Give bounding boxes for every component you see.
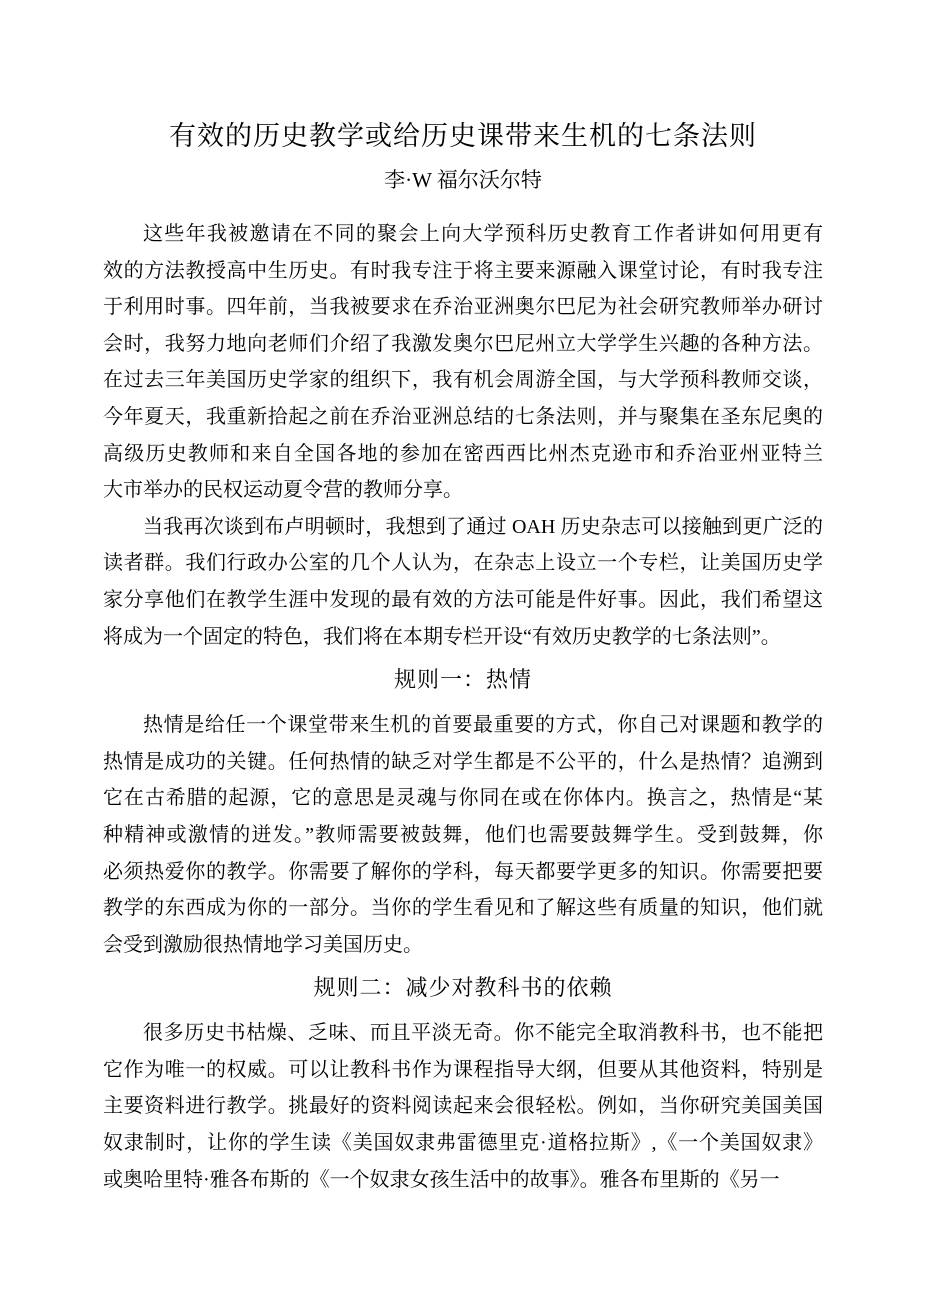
paragraph-line: 读者群。我们行政办公室的几个人认为，在杂志上设立一个专栏，让美国历史学 (103, 545, 823, 582)
paragraph-line: 在过去三年美国历史学家的组织下，我有机会周游全国，与大学预科教师交谈， (103, 362, 823, 399)
paragraph-line: 大市举办的民权运动夏令营的教师分享。 (103, 472, 823, 509)
document-title: 有效的历史教学或给历史课带来生机的七条法则 (103, 116, 823, 156)
paragraph-line: 会时，我努力地向老师们介绍了我激发奥尔巴尼州立大学学生兴趣的各种方法。 (103, 326, 823, 363)
document-body: 这些年我被邀请在不同的聚会上向大学预科历史教育工作者讲如何用更有效的方法教授高中… (103, 216, 823, 1198)
paragraph-line: 很多历史书枯燥、乏味、而且平淡无奇。你不能完全取消教科书，也不能把 (103, 1015, 823, 1052)
paragraph-line: 种精神或激情的迸发。”教师需要被鼓舞，他们也需要鼓舞学生。受到鼓舞，你 (103, 817, 823, 854)
paragraph-line: 将成为一个固定的特色，我们将在本期专栏开设“有效历史教学的七条法则”。 (103, 619, 823, 656)
paragraph-line: 今年夏天，我重新拾起之前在乔治亚洲总结的七条法则，并与聚集在圣东尼奥的 (103, 399, 823, 436)
intro-paragraph-1: 这些年我被邀请在不同的聚会上向大学预科历史教育工作者讲如何用更有效的方法教授高中… (103, 216, 823, 509)
paragraph-line: 热情是成功的关键。任何热情的缺乏对学生都是不公平的，什么是热情？追溯到 (103, 744, 823, 781)
document-page: 有效的历史教学或给历史课带来生机的七条法则 李·W 福尔沃尔特 这些年我被邀请在… (103, 0, 823, 1198)
paragraph-line: 它作为唯一的权威。可以让教科书作为课程指导大纲，但要从其他资料，特别是 (103, 1052, 823, 1089)
paragraph-line: 或奥哈里特·雅各布斯的《一个奴隶女孩生活中的故事》。雅各布里斯的《另一 (103, 1162, 823, 1199)
paragraph-line: 高级历史教师和来自全国各地的参加在密西西比州杰克逊市和乔治亚州亚特兰 (103, 436, 823, 473)
paragraph-line: 于利用时事。四年前，当我被要求在乔治亚洲奥尔巴尼为社会研究教师举办研讨 (103, 289, 823, 326)
section-heading-rule-2: 规则二：减少对教科书的依赖 (103, 969, 823, 1007)
paragraph-line: 会受到激励很热情地学习美国历史。 (103, 927, 823, 964)
paragraph-line: 热情是给任一个课堂带来生机的首要最重要的方式，你自己对课题和教学的 (103, 707, 823, 744)
paragraph-line: 奴隶制时，让你的学生读《美国奴隶弗雷德里克·道格拉斯》,《一个美国奴隶》 (103, 1125, 823, 1162)
paragraph-line: 教学的东西成为你的一部分。当你的学生看见和了解这些有质量的知识，他们就 (103, 890, 823, 927)
paragraph-line: 主要资料进行教学。挑最好的资料阅读起来会很轻松。例如，当你研究美国美国 (103, 1088, 823, 1125)
paragraph-line: 当我再次谈到布卢明顿时，我想到了通过 OAH 历史杂志可以接触到更广泛的 (103, 509, 823, 546)
paragraph-line: 这些年我被邀请在不同的聚会上向大学预科历史教育工作者讲如何用更有 (103, 216, 823, 253)
document-author: 李·W 福尔沃尔特 (103, 164, 823, 196)
paragraph-line: 必须热爱你的教学。你需要了解你的学科，每天都要学更多的知识。你需要把要 (103, 854, 823, 891)
section-heading-rule-1: 规则一：热情 (103, 661, 823, 699)
paragraph-line: 家分享他们在教学生涯中发现的最有效的方法可能是件好事。因此，我们希望这 (103, 582, 823, 619)
paragraph-line: 效的方法教授高中生历史。有时我专注于将主要来源融入课堂讨论，有时我专注 (103, 253, 823, 290)
rule-2-paragraph: 很多历史书枯燥、乏味、而且平淡无奇。你不能完全取消教科书，也不能把它作为唯一的权… (103, 1015, 823, 1198)
paragraph-line: 它在古希腊的起源，它的意思是灵魂与你同在或在你体内。换言之，热情是“某 (103, 780, 823, 817)
intro-paragraph-2: 当我再次谈到布卢明顿时，我想到了通过 OAH 历史杂志可以接触到更广泛的读者群。… (103, 509, 823, 655)
rule-1-paragraph: 热情是给任一个课堂带来生机的首要最重要的方式，你自己对课题和教学的热情是成功的关… (103, 707, 823, 963)
